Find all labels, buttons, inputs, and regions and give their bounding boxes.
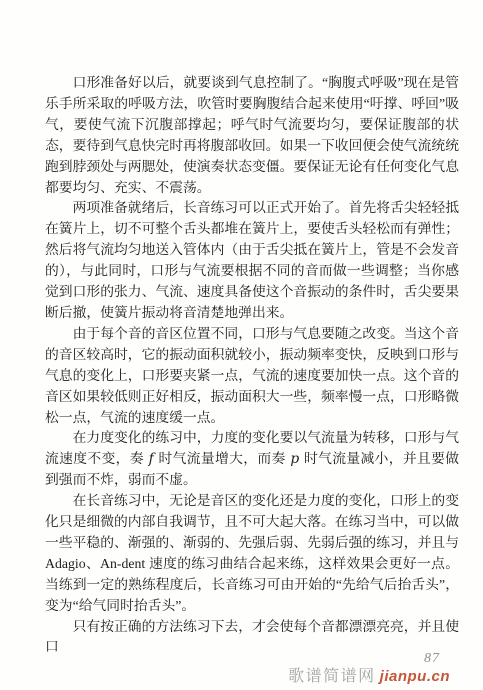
text-run: 两项准备就绪后，长音练习可以正式开始了。首先将舌尖轻轻抵在簧片上，切不可整个舌头… xyxy=(45,200,459,320)
paragraph-3: 由于每个音的音区位置不同，口形与气息要随之改变。当这个音的音区较高时，它的振动面… xyxy=(45,324,459,429)
paragraph-6: 只有按正确的方法练习下去，才会使每个音都漂漂亮亮，并且使口 xyxy=(45,617,459,659)
watermark: 歌谱简谱网 jianpu.cn xyxy=(288,663,450,686)
body-text: 口形准备好以后，就要谈到气息控制了。“胸腹式呼吸”现在是管乐手所采取的呼吸方法，… xyxy=(45,73,459,658)
text-run: 口形准备好以后，就要谈到气息控制了。“胸腹式呼吸”现在是管乐手所采取的呼吸方法，… xyxy=(45,75,459,195)
dynamic-marking: p xyxy=(289,451,300,467)
text-run: 时气流量增大，而奏 xyxy=(155,451,290,466)
watermark-site-name: 歌谱简谱网 xyxy=(288,668,376,685)
watermark-domain: jianpu.cn xyxy=(380,668,450,685)
text-run: 只有按正确的方法练习下去，才会使每个音都漂漂亮亮，并且使口 xyxy=(45,619,459,655)
paragraph-2: 两项准备就绪后，长音练习可以正式开始了。首先将舌尖轻轻抵在簧片上，切不可整个舌头… xyxy=(45,198,459,323)
paragraph-1: 口形准备好以后，就要谈到气息控制了。“胸腹式呼吸”现在是管乐手所采取的呼吸方法，… xyxy=(45,73,459,198)
paragraph-5: 在长音练习中，无论是音区的变化还是力度的变化，口形上的变化只是细微的内部自我调节… xyxy=(45,491,459,616)
dynamic-marking: f xyxy=(148,451,155,467)
scanned-book-page: 口形准备好以后，就要谈到气息控制了。“胸腹式呼吸”现在是管乐手所采取的呼吸方法，… xyxy=(0,0,483,690)
text-run: 由于每个音的音区位置不同，口形与气息要随之改变。当这个音的音区较高时，它的振动面… xyxy=(45,326,459,425)
text-run: 在长音练习中，无论是音区的变化还是力度的变化，口形上的变化只是细微的内部自我调节… xyxy=(45,493,459,613)
paragraph-4: 在力度变化的练习中，力度的变化要以气流量为转移，口形与气流速度不变，奏 f 时气… xyxy=(45,428,459,491)
